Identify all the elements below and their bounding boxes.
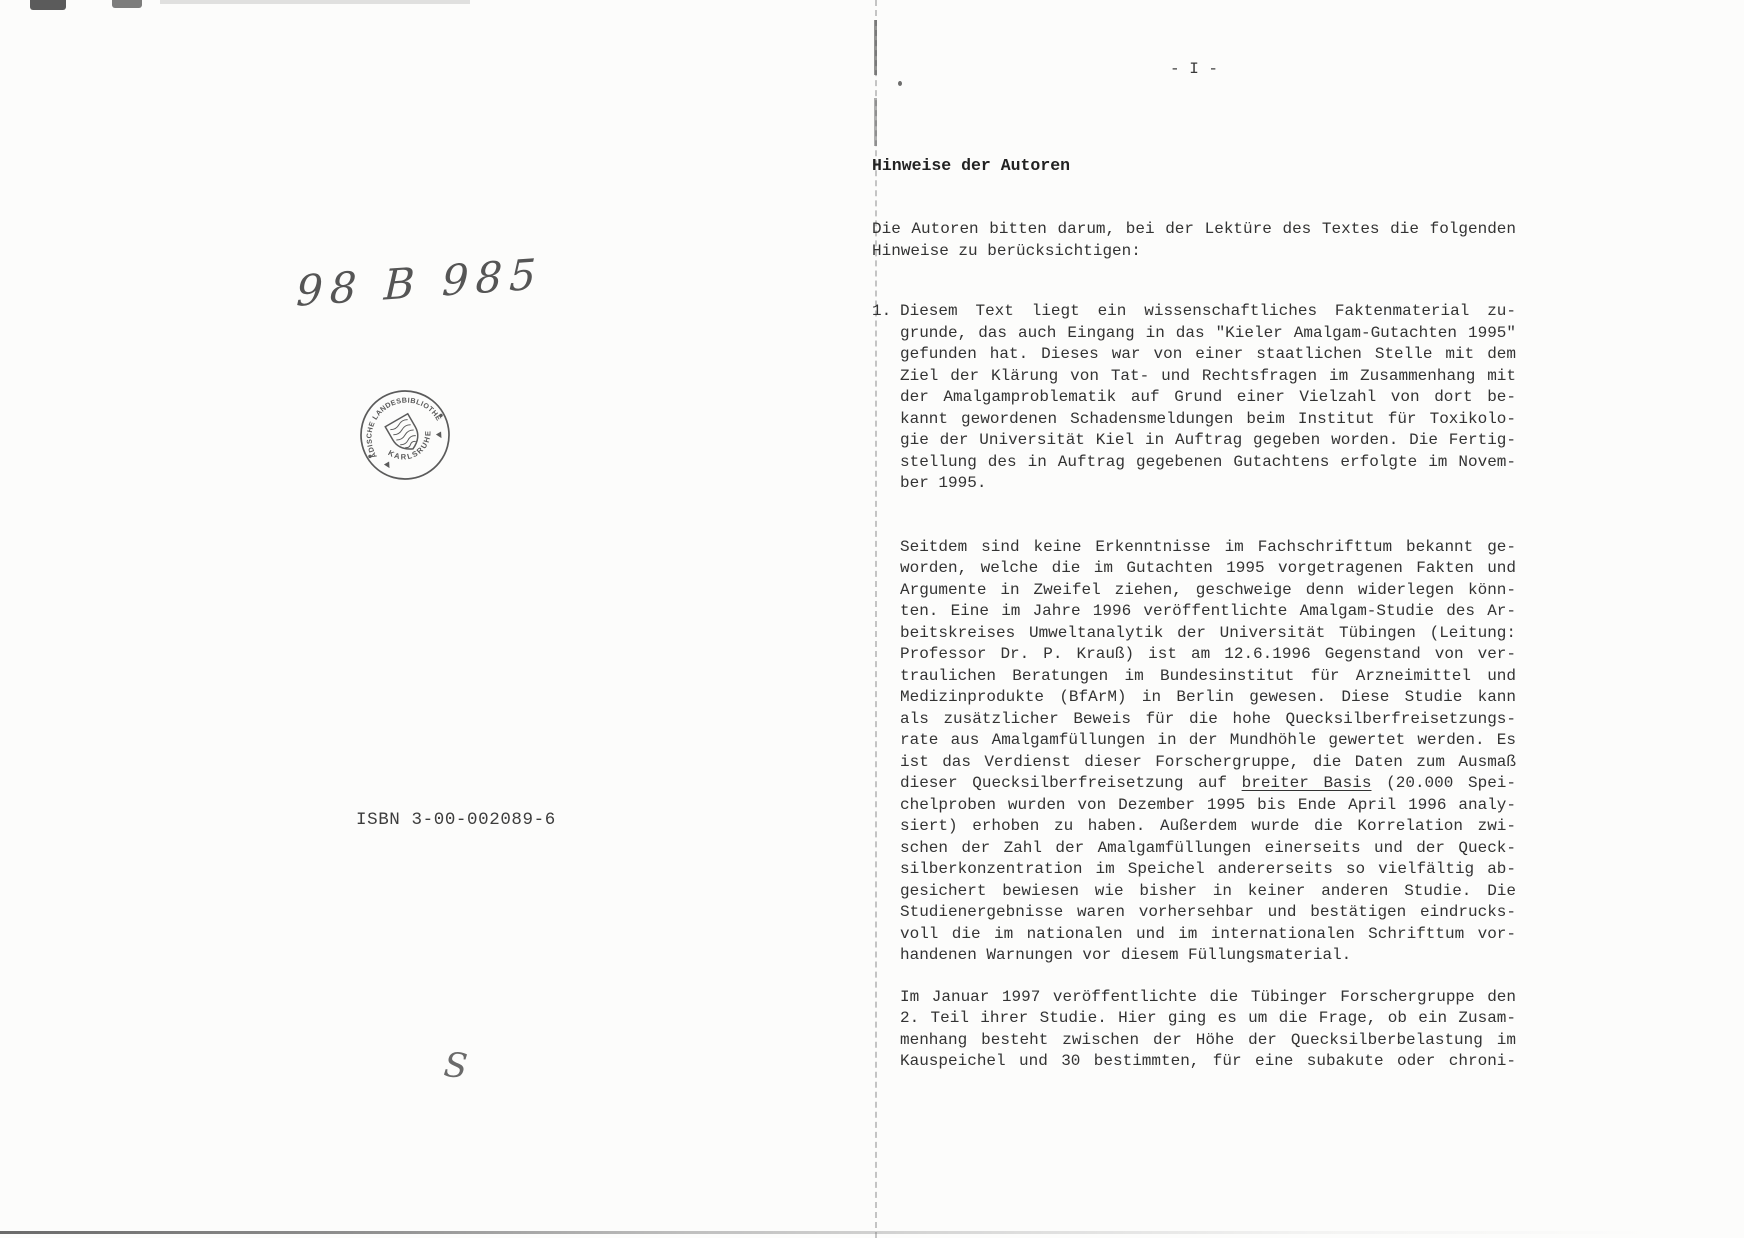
text-line: chelproben wurden von Dezember 1995 bis … xyxy=(900,795,1516,817)
stamp-triangle-ornament xyxy=(384,461,392,469)
right-page: - I - Hinweise der Autoren Die Autoren b… xyxy=(872,0,1516,1238)
text-line: traulichen Beratungen im Bundesinstitut … xyxy=(900,666,1516,688)
text-line: ist das Verdienst dieser Forschergruppe,… xyxy=(900,752,1516,774)
text-line: Kauspeichel und 30 bestimmten, für eine … xyxy=(900,1051,1516,1073)
paragraph: Diesem Text liegt ein wissenschaftliches… xyxy=(900,301,1516,495)
text-line: worden, welche die im Gutachten 1995 vor… xyxy=(900,558,1516,580)
text-line: Die Autoren bitten darum, bei der Lektür… xyxy=(872,219,1516,241)
paragraph: Seitdem sind keine Erkenntnisse im Fachs… xyxy=(900,537,1516,967)
stamp-triangle-ornament xyxy=(436,431,444,439)
isbn-text: ISBN 3-00-002089-6 xyxy=(356,810,556,830)
intro-paragraph: Die Autoren bitten darum, bei der Lektür… xyxy=(872,219,1516,262)
text-line: grunde, das auch Eingang in das "Kieler … xyxy=(900,323,1516,345)
text-line: ber 1995. xyxy=(900,473,1516,495)
text-line: schen der Zahl der Amalgamfüllungen eine… xyxy=(900,838,1516,860)
text-line: ten. Eine im Jahre 1996 veröffentlichte … xyxy=(900,601,1516,623)
text-line: gie der Universität Kiel in Auftrag gege… xyxy=(900,430,1516,452)
section-heading: Hinweise der Autoren xyxy=(872,156,1070,175)
text-line: Medizinprodukte (BfArM) in Berlin gewese… xyxy=(900,687,1516,709)
text-line: siert) erhoben zu haben. Außerdem wurde … xyxy=(900,816,1516,838)
text-line: Argumente in Zweifel ziehen, geschweige … xyxy=(900,580,1516,602)
handwritten-mark: S xyxy=(442,1045,469,1087)
text-line: Ziel der Klärung von Tat- und Rechtsfrag… xyxy=(900,366,1516,388)
handwritten-shelfmark: 98 B 985 xyxy=(295,249,543,315)
text-line: beitskreises Umweltanalytik der Universi… xyxy=(900,623,1516,645)
text-line: als zusätzlicher Beweis für die hohe Que… xyxy=(900,709,1516,731)
text-line: menhang besteht zwischen der Höhe der Qu… xyxy=(900,1030,1516,1052)
scanned-book-spread: 98 B 985 BADISCHE LANDESBIBLIOTHEK KARLS… xyxy=(0,0,1744,1238)
text-line: Diesem Text liegt ein wissenschaftliches… xyxy=(900,301,1516,323)
paragraph: Die Autoren bitten darum, bei der Lektür… xyxy=(872,219,1516,262)
text-line: silberkonzentration im Speichel anderers… xyxy=(900,859,1516,881)
text-line: Studienergebnisse waren vorhersehbar und… xyxy=(900,902,1516,924)
text-line: handenen Warnungen vor diesem Füllungsma… xyxy=(900,945,1516,967)
list-item-body: Diesem Text liegt ein wissenschaftliches… xyxy=(900,301,1516,1073)
numbered-item: 1. Diesem Text liegt ein wissenschaftlic… xyxy=(872,301,1516,1073)
text-line: voll die im nationalen und im internatio… xyxy=(900,924,1516,946)
text-line: der Amalgamproblematik auf Grund einer V… xyxy=(900,387,1516,409)
text-line: stellung des in Auftrag gegebenen Gutach… xyxy=(900,452,1516,474)
library-stamp: BADISCHE LANDESBIBLIOTHEK KARLSRUHE xyxy=(350,380,460,490)
left-page: 98 B 985 BADISCHE LANDESBIBLIOTHEK KARLS… xyxy=(0,0,875,1238)
text-line: Im Januar 1997 veröffentlichte die Tübin… xyxy=(900,987,1516,1009)
text-line: rate aus Amalgamfüllungen in der Mundhöh… xyxy=(900,730,1516,752)
text-line: 2. Teil ihrer Studie. Hier ging es um di… xyxy=(900,1008,1516,1030)
text-line: gesichert bewiesen wie bisher in keiner … xyxy=(900,881,1516,903)
text-line: Seitdem sind keine Erkenntnisse im Fachs… xyxy=(900,537,1516,559)
page-number: - I - xyxy=(872,60,1516,78)
text-line: dieser Quecksilberfreisetzung auf breite… xyxy=(900,773,1516,795)
text-line: Hinweise zu berücksichtigen: xyxy=(872,241,1516,263)
text-line: gefunden hat. Dieses war von einer staat… xyxy=(900,344,1516,366)
text-line: Professor Dr. P. Krauß) ist am 12.6.1996… xyxy=(900,644,1516,666)
paragraph: Im Januar 1997 veröffentlichte die Tübin… xyxy=(900,987,1516,1073)
text-line: kannt gewordenen Schadensmeldungen beim … xyxy=(900,409,1516,431)
list-item-number: 1. xyxy=(872,301,900,1073)
